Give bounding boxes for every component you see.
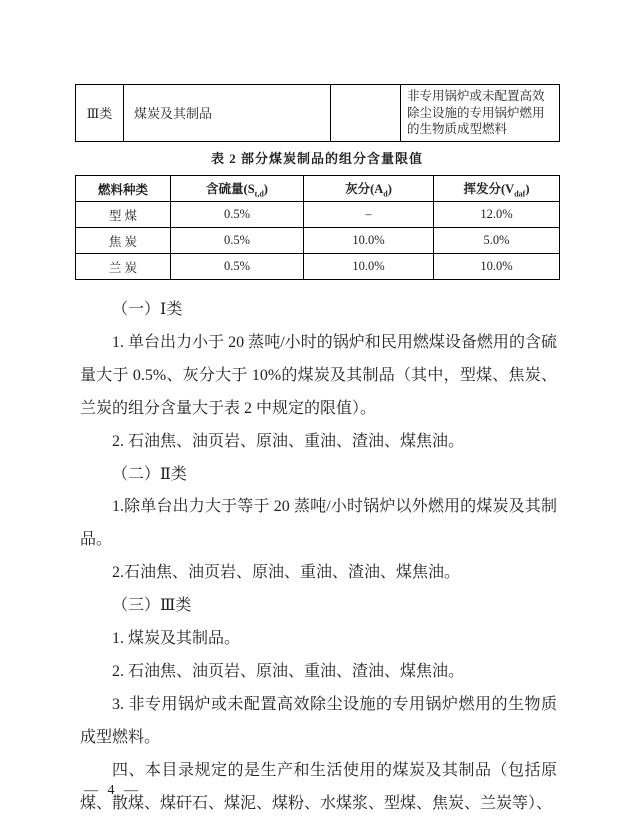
ash-value-cell: 10.0% bbox=[304, 254, 434, 280]
paragraph: 2.石油焦、油页岩、原油、重油、渣油、煤焦油。 bbox=[80, 557, 557, 590]
sulfur-value-cell: 0.5% bbox=[171, 202, 304, 228]
paragraph: 1. 单台出力小于 20 蒸吨/小时的锅炉和民用燃煤设备燃用的含硫量大于 0.5… bbox=[80, 327, 557, 426]
volatile-value-cell: 10.0% bbox=[434, 254, 560, 280]
ash-label-close: ) bbox=[388, 182, 392, 196]
note-cell: 非专用锅炉或未配置高效除尘设施的专用锅炉燃用的生物质成型燃料 bbox=[401, 85, 560, 142]
sulfur-value-cell: 0.5% bbox=[171, 228, 304, 254]
category-table-fragment: Ⅲ类 煤炭及其制品 非专用锅炉或未配置高效除尘设施的专用锅炉燃用的生物质成型燃料 bbox=[75, 84, 560, 142]
category-cell: Ⅲ类 bbox=[76, 85, 124, 142]
table2-title: 表 2 部分煤炭制品的组分含量限值 bbox=[75, 148, 559, 167]
paragraph: 四、本目录规定的是生产和生活使用的煤炭及其制品（包括原煤、散煤、煤矸石、煤泥、煤… bbox=[80, 755, 557, 820]
table2: 燃料种类 含硫量(St,d) 灰分(Ad) 挥发分(Vdaf) 型 煤0.5%–… bbox=[75, 175, 560, 280]
table2-row: 型 煤0.5%–12.0% bbox=[76, 202, 560, 228]
sulfur-subscript: t,d bbox=[255, 189, 264, 198]
table2-header-row: 燃料种类 含硫量(St,d) 灰分(Ad) 挥发分(Vdaf) bbox=[76, 176, 560, 202]
paragraph: 2. 石油焦、油页岩、原油、重油、渣油、煤焦油。 bbox=[80, 426, 557, 459]
paragraph: （一）Ⅰ类 bbox=[80, 294, 557, 327]
volatile-label-close: ) bbox=[525, 182, 529, 196]
document-page: Ⅲ类 煤炭及其制品 非专用锅炉或未配置高效除尘设施的专用锅炉燃用的生物质成型燃料… bbox=[0, 0, 633, 820]
sulfur-label-close: ) bbox=[264, 182, 268, 196]
volatile-value-cell: 12.0% bbox=[434, 202, 560, 228]
col-header-sulfur-content: 含硫量(St,d) bbox=[171, 176, 304, 202]
volatile-value-cell: 5.0% bbox=[434, 228, 560, 254]
paragraph: 2. 石油焦、油页岩、原油、重油、渣油、煤焦油。 bbox=[80, 656, 557, 689]
paragraph: （三）Ⅲ类 bbox=[80, 590, 557, 623]
page-number: — 4 — bbox=[84, 783, 141, 799]
paragraph: 1.除单台出力大于等于 20 蒸吨/小时锅炉以外燃用的煤炭及其制品。 bbox=[80, 491, 557, 557]
paragraph: （二）Ⅱ类 bbox=[80, 459, 557, 492]
col-header-ash-content: 灰分(Ad) bbox=[304, 176, 434, 202]
empty-cell bbox=[331, 85, 401, 142]
ash-value-cell: 10.0% bbox=[304, 228, 434, 254]
fuel-type-cell: 焦 炭 bbox=[76, 228, 171, 254]
volatile-label: 挥发分(V bbox=[464, 182, 515, 196]
sulfur-value-cell: 0.5% bbox=[171, 254, 304, 280]
col-header-volatile-matter: 挥发分(Vdaf) bbox=[434, 176, 560, 202]
col-header-fuel-type: 燃料种类 bbox=[76, 176, 171, 202]
volatile-subscript: daf bbox=[514, 189, 525, 198]
table-row: Ⅲ类 煤炭及其制品 非专用锅炉或未配置高效除尘设施的专用锅炉燃用的生物质成型燃料 bbox=[76, 85, 560, 142]
paragraph: 3. 非专用锅炉或未配置高效除尘设施的专用锅炉燃用的生物质成型燃料。 bbox=[80, 689, 557, 755]
fuel-type-cell: 兰 炭 bbox=[76, 254, 171, 280]
table2-row: 焦 炭0.5%10.0%5.0% bbox=[76, 228, 560, 254]
item-cell: 煤炭及其制品 bbox=[124, 85, 331, 142]
ash-label: 灰分(A bbox=[345, 182, 383, 196]
sulfur-label: 含硫量(S bbox=[206, 182, 255, 196]
table2-row: 兰 炭0.5%10.0%10.0% bbox=[76, 254, 560, 280]
fuel-type-cell: 型 煤 bbox=[76, 202, 171, 228]
body-text: （一）Ⅰ类1. 单台出力小于 20 蒸吨/小时的锅炉和民用燃煤设备燃用的含硫量大… bbox=[80, 294, 557, 820]
paragraph: 1. 煤炭及其制品。 bbox=[80, 623, 557, 656]
ash-value-cell: – bbox=[304, 202, 434, 228]
